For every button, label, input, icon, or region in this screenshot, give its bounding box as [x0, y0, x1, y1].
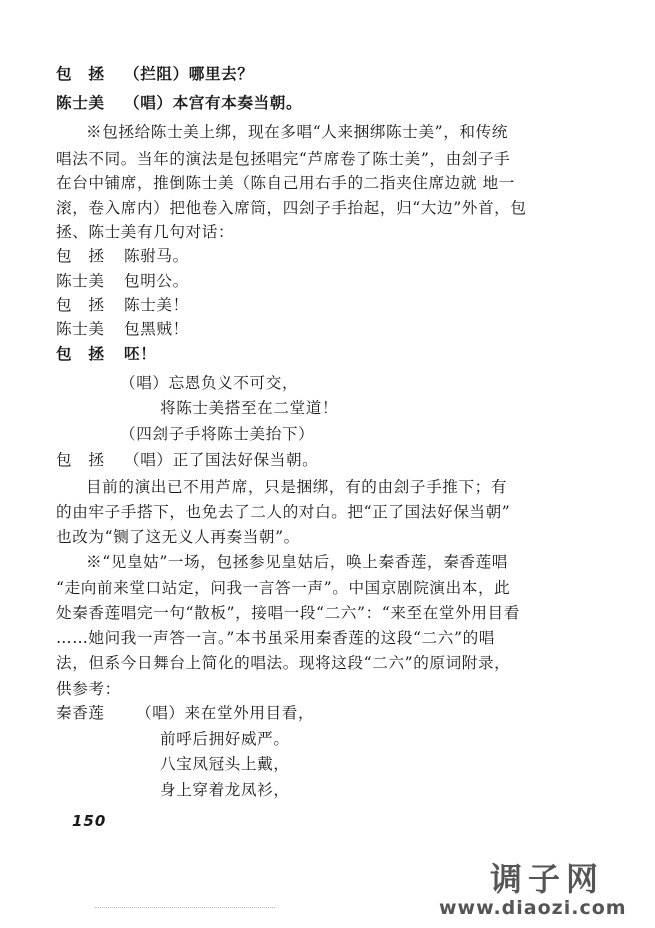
- sung-verse-line: 八宝凤冠头上戴，: [160, 754, 290, 774]
- speaker-name: 包 拯: [56, 344, 124, 364]
- dialogue-line: 陈士美（唱）本宫有本奏当朝。: [56, 93, 302, 113]
- note-paragraph-line: “走向前来堂口站定，问我一言答一声”。中国京剧院演出本，此: [56, 578, 510, 598]
- line-text: 陈士美！: [124, 296, 189, 314]
- dialogue-line: 陈士美包明公。: [56, 271, 189, 291]
- line-text: 包明公。: [124, 272, 189, 290]
- watermark-site-name: 调子网: [490, 854, 604, 900]
- watermark-url: www.diaozi.com: [439, 897, 627, 919]
- line-text: （唱）正了国法好保当朝。: [124, 451, 318, 469]
- dialogue-line: 包 拯陈士美！: [56, 295, 189, 315]
- speaker-name: 包 拯: [56, 450, 124, 470]
- line-text: （拦阻）哪里去？: [124, 64, 254, 83]
- speaker-name: 陈士美: [56, 93, 124, 113]
- note-paragraph-line: 在台中铺席，推倒陈士美（陈自己用右手的二指夹住席边就 地一: [56, 173, 515, 193]
- note-paragraph-line: 处秦香莲唱完一句“散板”，接唱一段“二六”：“来至在堂外用目看: [56, 603, 520, 623]
- note-paragraph-line: 目前的演出已不用芦席，只是捆绑，有的由刽子手推下；有: [86, 477, 507, 497]
- line-text: 包黑贼！: [124, 320, 189, 338]
- line-text: 呸！: [124, 344, 156, 363]
- speaker-name: 陈士美: [56, 271, 124, 291]
- note-paragraph-line: 唱法不同。当年的演法是包拯唱完“芦席卷了陈士美”，由刽子手: [56, 149, 510, 169]
- sung-verse-line: 将陈士美搭至在二堂道！: [160, 398, 338, 418]
- stage-direction: （四刽子手将陈士美抬下）: [120, 424, 314, 444]
- note-paragraph-line: 也改为“铡了这无义人再奏当朝”。: [56, 527, 300, 547]
- note-paragraph-line: 法，但系今日舞台上简化的唱法。现将这段“二六”的原词附录，: [56, 653, 510, 673]
- speaker-name: 秦香莲: [56, 703, 136, 723]
- line-text: （唱）来在堂外用目看，: [136, 704, 314, 722]
- sung-verse-line: 身上穿着龙凤衫，: [160, 780, 290, 800]
- dialogue-line: 包 拯（拦阻）哪里去？: [56, 64, 254, 84]
- dialogue-line: 包 拯陈驸马。: [56, 246, 189, 266]
- dialogue-line: 秦香莲（唱）来在堂外用目看，: [56, 703, 314, 723]
- line-text: 陈驸马。: [124, 247, 189, 265]
- dialogue-line: 包 拯呸！: [56, 344, 156, 364]
- note-paragraph-line: 的由牢子手搭下，也免去了二人的对白。把“正了国法好保当朝”: [56, 502, 510, 522]
- sung-verse-line: （唱）忘恩负义不可交，: [120, 373, 298, 393]
- speaker-name: 包 拯: [56, 295, 124, 315]
- note-paragraph-line: ……她问我一声答一言。”本书虽采用秦香莲的这段“二六”的唱: [56, 628, 495, 648]
- speaker-name: 陈士美: [56, 319, 124, 339]
- note-paragraph-line: 拯、陈士美有几句对话：: [56, 222, 234, 242]
- sung-verse-line: 前呼后拥好威严。: [160, 729, 290, 749]
- speaker-name: 包 拯: [56, 64, 124, 84]
- dialogue-line: 包 拯（唱）正了国法好保当朝。: [56, 450, 318, 470]
- note-paragraph-line: ※包拯给陈士美上绑，现在多唱“人来捆绑陈士美”，和传统: [86, 122, 508, 142]
- note-paragraph-line: 滚，卷入席内）把他卷入席筒，四刽子手抬起，归“大边”外首，包: [56, 198, 527, 218]
- speaker-name: 包 拯: [56, 246, 124, 266]
- note-paragraph-line: 供参考：: [56, 679, 121, 699]
- line-text: （唱）本宫有本奏当朝。: [124, 93, 302, 112]
- note-paragraph-line: ※“见皇姑”一场，包拯参见皇姑后，唤上秦香莲，秦香莲唱: [86, 552, 508, 572]
- book-page: 包 拯（拦阻）哪里去？ 陈士美（唱）本宫有本奏当朝。 ※包拯给陈士美上绑，现在多…: [0, 0, 655, 928]
- dialogue-line: 陈士美包黑贼！: [56, 319, 189, 339]
- page-number: 150: [72, 812, 106, 830]
- scan-artifact: [95, 907, 275, 910]
